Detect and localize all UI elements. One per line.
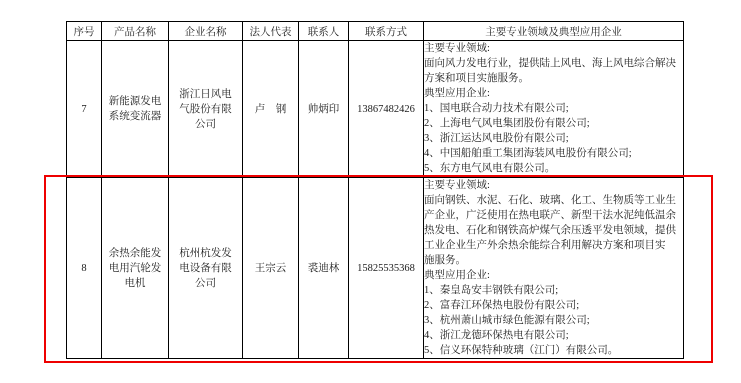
- header-legal-rep: 法人代表: [243, 22, 299, 41]
- table-row-8: 8 余热余能发 电用汽轮发 电机 杭州杭发发 电设备有限 公司 王宗云 裘迪林 …: [67, 178, 684, 359]
- contact-phone-cell: 15825535368: [349, 178, 424, 359]
- header-product-name: 产品名称: [102, 22, 169, 41]
- legal-rep-cell: 卢 钢: [243, 41, 299, 178]
- company-name-cell: 杭州杭发发 电设备有限 公司: [169, 178, 243, 359]
- company-name-cell: 浙江日风电 气股份有限 公司: [169, 41, 243, 178]
- main-fields-cell: 主要专业领域: 面向钢铁、水泥、石化、玻璃、化工、生物质等工业生 产企业，广泛使…: [424, 178, 684, 359]
- contact-phone-cell: 13867482426: [349, 41, 424, 178]
- document-page: 序号 产品名称 企业名称 法人代表 联系人 联系方式 主要专业领域及典型应用企业…: [66, 21, 684, 359]
- table-header-row: 序号 产品名称 企业名称 法人代表 联系人 联系方式 主要专业领域及典型应用企业: [67, 22, 684, 41]
- header-contact-phone: 联系方式: [349, 22, 424, 41]
- contact-person-cell: 帅炳印: [299, 41, 349, 178]
- main-fields-cell: 主要专业领域: 面向风力发电行业，提供陆上风电、海上风电综合解决 方案和项目实施…: [424, 41, 684, 178]
- table-row-7: 7 新能源发电 系统变流器 浙江日风电 气股份有限 公司 卢 钢 帅炳印 138…: [67, 41, 684, 178]
- serial-cell: 8: [67, 178, 102, 359]
- header-serial: 序号: [67, 22, 102, 41]
- header-main-fields: 主要专业领域及典型应用企业: [424, 22, 684, 41]
- contact-person-cell: 裘迪林: [299, 178, 349, 359]
- product-name-cell: 余热余能发 电用汽轮发 电机: [102, 178, 169, 359]
- product-table: 序号 产品名称 企业名称 法人代表 联系人 联系方式 主要专业领域及典型应用企业…: [66, 21, 684, 359]
- serial-cell: 7: [67, 41, 102, 178]
- header-contact-person: 联系人: [299, 22, 349, 41]
- legal-rep-cell: 王宗云: [243, 178, 299, 359]
- header-company-name: 企业名称: [169, 22, 243, 41]
- product-name-cell: 新能源发电 系统变流器: [102, 41, 169, 178]
